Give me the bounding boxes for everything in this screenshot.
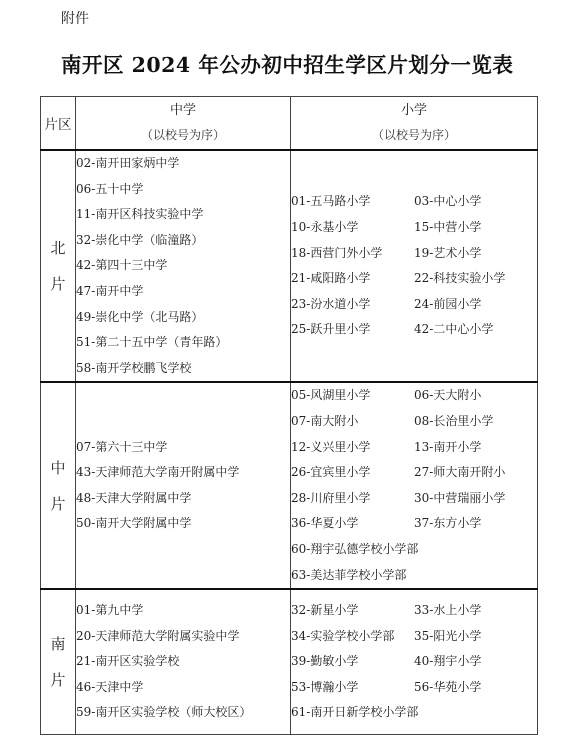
list-row: 23-汾水道小学24-前园小学: [291, 292, 537, 318]
primary-school-list: 05-风湖里小学06-天大附小 07-南大附小08-长治里小学 12-义兴里小学…: [291, 382, 538, 589]
list-item: 58-南开学校鹏飞学校: [76, 356, 290, 382]
list-row: 26-宜宾里小学27-师大南开附小: [291, 460, 537, 486]
list-item: 61-南开日新学校小学部: [291, 700, 491, 726]
list-item: 63-美达菲学校小学部: [291, 563, 491, 589]
list-item: 02-南开田家炳中学: [76, 151, 290, 177]
list-row: 28-川府里小学30-中营瑞丽小学: [291, 486, 537, 512]
list-item: 53-博瀚小学: [291, 675, 414, 701]
list-item: 12-义兴里小学: [291, 435, 414, 461]
middle-school-list: 02-南开田家炳中学 06-五十中学 11-南开区科技实验中学 32-崇化中学（…: [76, 150, 291, 382]
list-row: 34-实验学校小学部35-阳光小学: [291, 624, 537, 650]
zone-row-south: 南 片 01-第九中学 20-天津师范大学附属实验中学 21-南开区实验学校 4…: [41, 589, 538, 734]
list-item: 49-崇化中学（北马路）: [76, 305, 290, 331]
zone-header: 片区: [41, 97, 76, 151]
zone-name-char: 北: [41, 230, 75, 266]
zone-name: 南 片: [41, 589, 76, 734]
list-item: 59-南开区实验学校（师大校区）: [76, 700, 290, 726]
zone-name-char: 南: [41, 626, 75, 662]
middle-school-header: 中学 （以校号为序）: [76, 97, 291, 151]
list-item: 46-天津中学: [76, 675, 290, 701]
primary-school-list: 32-新星小学33-水上小学 34-实验学校小学部35-阳光小学 39-勤敏小学…: [291, 589, 538, 734]
list-item: 20-天津师范大学附属实验中学: [76, 624, 290, 650]
list-item: 34-实验学校小学部: [291, 624, 414, 650]
list-item: 23-汾水道小学: [291, 292, 414, 318]
list-item: 27-师大南开附小: [414, 460, 537, 486]
list-row: 12-义兴里小学13-南开小学: [291, 435, 537, 461]
list-row: 21-咸阳路小学22-科技实验小学: [291, 266, 537, 292]
list-item: 26-宜宾里小学: [291, 460, 414, 486]
district-table: 片区 中学 （以校号为序） 小学 （以校号为序） 北 片 02-南开田家炳中学 …: [40, 96, 538, 735]
list-item: 51-第二十五中学（青年路）: [76, 330, 290, 356]
primary-school-list: 01-五马路小学03-中心小学 10-永基小学15-中营小学 18-西营门外小学…: [291, 150, 538, 382]
middle-school-header-title: 中学: [76, 102, 290, 120]
list-item: 08-长治里小学: [414, 409, 537, 435]
list-item: 60-翔宇弘德学校小学部: [291, 537, 491, 563]
list-item: 36-华夏小学: [291, 511, 414, 537]
zone-name: 北 片: [41, 150, 76, 382]
zone-name: 中 片: [41, 382, 76, 589]
list-item: 21-南开区实验学校: [76, 649, 290, 675]
list-item: 48-天津大学附属中学: [76, 486, 290, 512]
page-title: 南开区 2024 年公办初中招生学区片划分一览表: [61, 48, 513, 78]
middle-school-header-note: （以校号为序）: [76, 126, 290, 144]
list-item: 42-二中心小学: [414, 317, 537, 343]
zone-row-north: 北 片 02-南开田家炳中学 06-五十中学 11-南开区科技实验中学 32-崇…: [41, 150, 538, 382]
list-item: 32-崇化中学（临潼路）: [76, 228, 290, 254]
list-item: 06-天大附小: [414, 383, 537, 409]
list-row: 07-南大附小08-长治里小学: [291, 409, 537, 435]
list-item: 01-五马路小学: [291, 189, 414, 215]
list-item: 19-艺术小学: [414, 241, 537, 267]
list-item: 01-第九中学: [76, 598, 290, 624]
list-item: 22-科技实验小学: [414, 266, 537, 292]
zone-row-middle: 中 片 07-第六十三中学 43-天津师范大学南开附属中学 48-天津大学附属中…: [41, 382, 538, 589]
list-row: 36-华夏小学37-东方小学: [291, 511, 537, 537]
primary-school-header: 小学 （以校号为序）: [291, 97, 538, 151]
list-item: 37-东方小学: [414, 511, 537, 537]
list-item: 47-南开中学: [76, 279, 290, 305]
list-item: 32-新星小学: [291, 598, 414, 624]
primary-school-header-title: 小学: [291, 102, 537, 120]
list-item: 10-永基小学: [291, 215, 414, 241]
list-item: 50-南开大学附属中学: [76, 511, 290, 537]
zone-name-char: 片: [41, 266, 75, 302]
list-row: 60-翔宇弘德学校小学部: [291, 537, 537, 563]
list-row: 01-五马路小学03-中心小学: [291, 189, 537, 215]
zone-name-char: 中: [41, 450, 75, 486]
list-item: 43-天津师范大学南开附属中学: [76, 460, 290, 486]
list-item: 13-南开小学: [414, 435, 537, 461]
zone-name-char: 片: [41, 662, 75, 698]
list-item: 15-中营小学: [414, 215, 537, 241]
list-item: 56-华苑小学: [414, 675, 537, 701]
list-row: 25-跃升里小学42-二中心小学: [291, 317, 537, 343]
list-row: 61-南开日新学校小学部: [291, 700, 537, 726]
list-row: 53-博瀚小学56-华苑小学: [291, 675, 537, 701]
list-row: 32-新星小学33-水上小学: [291, 598, 537, 624]
middle-school-list: 07-第六十三中学 43-天津师范大学南开附属中学 48-天津大学附属中学 50…: [76, 382, 291, 589]
list-item: 05-风湖里小学: [291, 383, 414, 409]
list-item: 28-川府里小学: [291, 486, 414, 512]
list-row: 10-永基小学15-中营小学: [291, 215, 537, 241]
list-item: 11-南开区科技实验中学: [76, 202, 290, 228]
list-row: 05-风湖里小学06-天大附小: [291, 383, 537, 409]
list-item: 35-阳光小学: [414, 624, 537, 650]
zone-name-char: 片: [41, 486, 75, 522]
list-item: 03-中心小学: [414, 189, 537, 215]
list-item: 06-五十中学: [76, 177, 290, 203]
list-item: 25-跃升里小学: [291, 317, 414, 343]
primary-school-header-note: （以校号为序）: [291, 126, 537, 144]
list-item: 24-前园小学: [414, 292, 537, 318]
attachment-label: 附件: [61, 8, 89, 28]
list-row: 18-西营门外小学19-艺术小学: [291, 241, 537, 267]
list-row: 63-美达菲学校小学部: [291, 563, 537, 589]
list-item: 18-西营门外小学: [291, 241, 414, 267]
list-item: 30-中营瑞丽小学: [414, 486, 537, 512]
list-item: 07-南大附小: [291, 409, 414, 435]
list-item: 40-翔宇小学: [414, 649, 537, 675]
list-item: 42-第四十三中学: [76, 253, 290, 279]
list-item: 21-咸阳路小学: [291, 266, 414, 292]
list-item: 07-第六十三中学: [76, 435, 290, 461]
table-header-row: 片区 中学 （以校号为序） 小学 （以校号为序）: [41, 97, 538, 151]
list-item: 33-水上小学: [414, 598, 537, 624]
list-row: 39-勤敏小学40-翔宇小学: [291, 649, 537, 675]
middle-school-list: 01-第九中学 20-天津师范大学附属实验中学 21-南开区实验学校 46-天津…: [76, 589, 291, 734]
list-item: 39-勤敏小学: [291, 649, 414, 675]
